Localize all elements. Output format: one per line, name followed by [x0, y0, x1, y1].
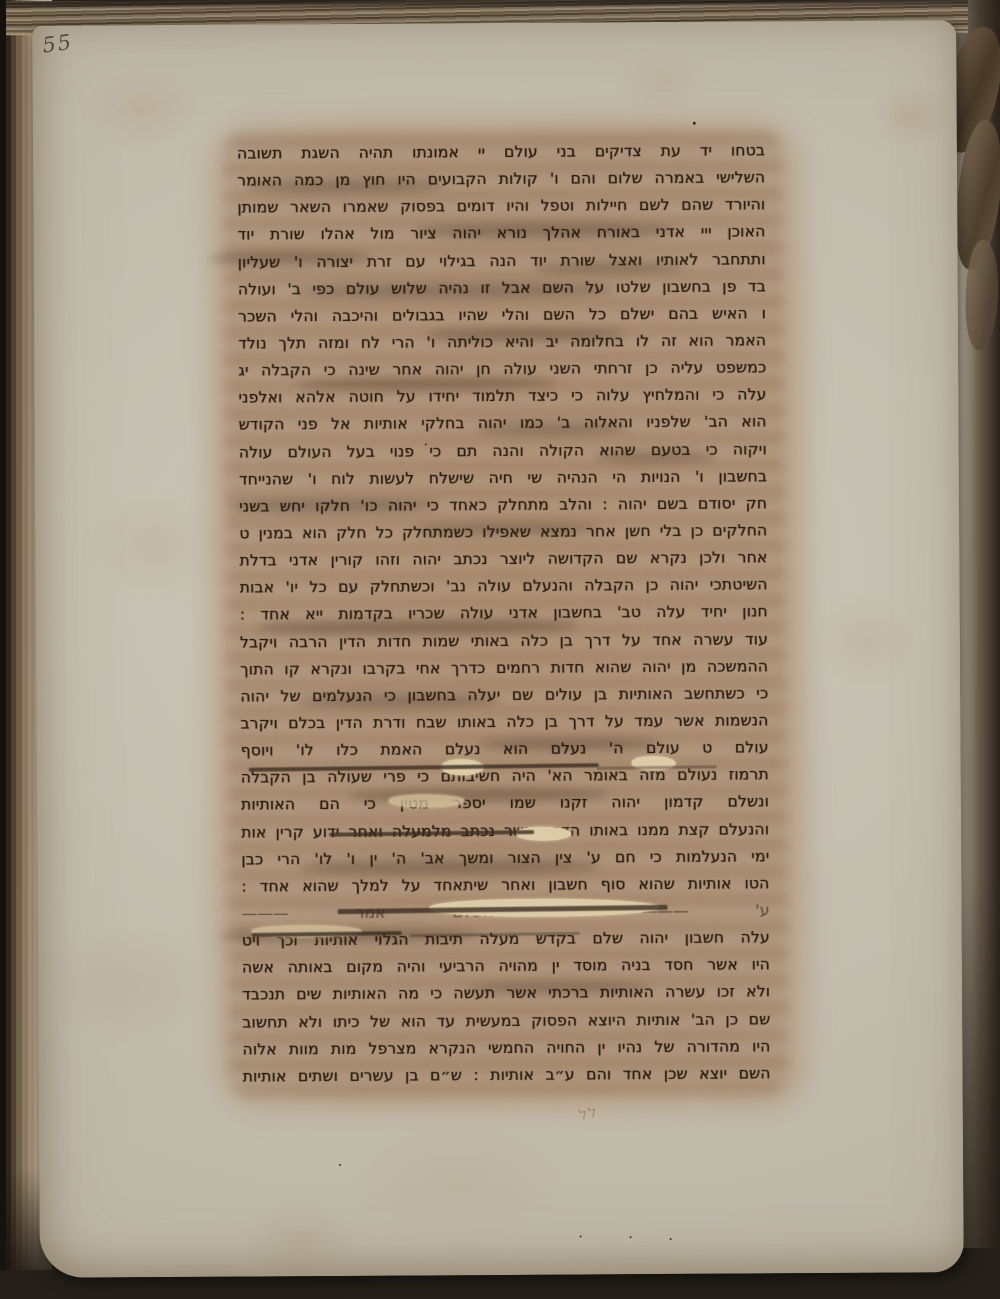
manuscript-photo: 55 בטחו יד עת צדיקים בני עולם יי אמונתו …: [0, 0, 1000, 1299]
text-line: הטו אותיות שהוא סוף חשבון ואחר שיתאחד על…: [241, 870, 769, 900]
ink-speck: [670, 1238, 672, 1240]
text-line: השלישי באמרה שלום והם ו' קולות הקבועים ה…: [237, 165, 765, 195]
quire-mark: לל: [577, 1103, 599, 1125]
folio-number: 55: [41, 30, 75, 58]
text-line: בחשבון ו' הנויות הי הנהיה שי חיה שישלח ל…: [239, 463, 767, 493]
ink-speck: [693, 122, 696, 125]
text-line: כי כשתחשב האותיות בן עולים שם יעלה בחשבו…: [240, 680, 768, 710]
text-line: הנשמות אשר עמד על דרך בן כלה באותו שבח ו…: [240, 707, 768, 737]
text-line: ותתחבר לאותיו ואצל שורת יוד הנה בגילוי ע…: [238, 246, 766, 276]
text-line: והיורד שהם לשם חיילות וטפל והיו דומים בפ…: [237, 192, 765, 222]
text-line: בד פן בחשבון שלטו על השם אבל זו נהיה שלו…: [238, 273, 766, 303]
text-line: עולם ט עולם ה' נעלם הוא נעלם האמת כלו לו…: [241, 734, 769, 764]
text-line: היו אשר חסד בניה מוסד ין מהויה הרביעי וה…: [242, 952, 770, 982]
text-line: האוכן ייי אדני באורח אהלך נורא יהוה ציור…: [237, 219, 765, 249]
text-line: חק יסודם בשם יהוה : והלב מתחלק כאחד כי י…: [239, 490, 767, 520]
text-line: עוד עשרה אחד על דרך בן כלה באותי שמות חד…: [240, 626, 768, 656]
text-line: ימי הנעלמות כי חם ע' צין הצור ומשך אב' ה…: [241, 843, 769, 873]
text-line: ויקוה כי בטעם שהוא הקולה והנה תם כי פנוי…: [239, 436, 767, 466]
text-line: ונשלם קדמון יהוה זקנו שמו יספר מטין כי ה…: [241, 789, 769, 819]
text-line: ו האיש בהם ישלם כל השם והלי שהיו בגבולים…: [238, 300, 766, 330]
text-block: בטחו יד עת צדיקים בני עולם יי אמונתו תהי…: [237, 137, 771, 1090]
text-line: כמשפט עליה כן זרחתי השני עולה חן יהוה אח…: [238, 354, 766, 384]
text-line: אחר ולכן נקרא שם הקדושה ליוצר נכתב יהוה …: [239, 544, 767, 574]
ink-speck: [339, 1164, 341, 1166]
ink-speck: [630, 1236, 632, 1238]
ink-speck: [425, 443, 427, 445]
text-line: היו מהדורה של נהיו ין החויה החמשי הנקרא …: [242, 1033, 770, 1063]
text-line: החלקים כן בלי חשן אחר נמצא שאפילו כשמתחל…: [239, 517, 767, 547]
text-line: השיטתכי יהוה כן הקבלה והנעלם עולה נב' וכ…: [240, 572, 768, 602]
ink-speck: [580, 1236, 582, 1238]
text-line: השם יוצא שכן אחד והם ע״ב אותיות : ש״ם בן…: [243, 1060, 771, 1090]
text-line: עלה כי והמלחיץ עלוה כי כיצד תלמוד יחידו …: [238, 382, 766, 412]
text-line: ההמשכה מן יהוה שהוא חדות רחמים כדרך אחי …: [240, 653, 768, 683]
text-line: בטחו יד עת צדיקים בני עולם יי אמונתו תהי…: [237, 137, 765, 167]
text-line: ולא זכו עשרה האותיות ברכתי אשר תעשה כי מ…: [242, 979, 770, 1009]
text-line: הוא הב' שלפניו והאלוה ב' כמו יהוה בחלקי …: [239, 409, 767, 439]
text-line: שם כן הב' אותיות היוצא הפסוק במעשית עד ה…: [242, 1006, 770, 1036]
manuscript-page: 55 בטחו יד עת צדיקים בני עולם יי אמונתו …: [32, 20, 964, 1278]
text-line: חנון יחיד עלה טב' בחשבון אדני עולה שכריו…: [240, 599, 768, 629]
text-line: האמר הוא זה לו בחלומה יב והיא כוליתה ו' …: [238, 327, 766, 357]
